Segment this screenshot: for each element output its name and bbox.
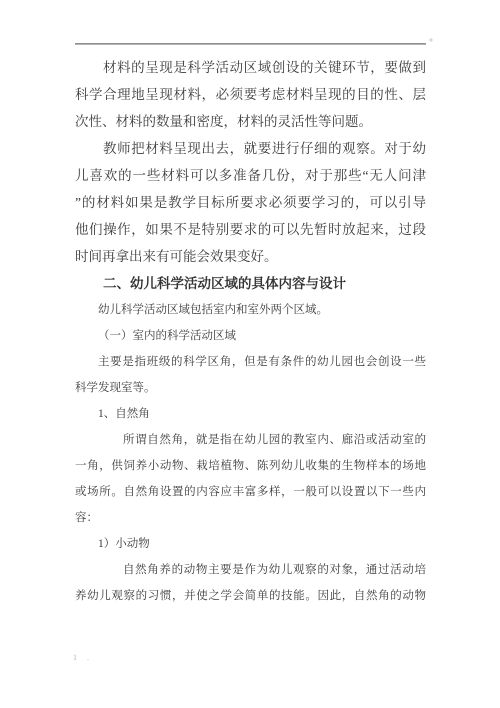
paragraph-line: 或场所。自然角设置的内容应丰富多样，一般可以设置以下一些内 bbox=[75, 479, 426, 505]
page-footer-mark: 1 . bbox=[73, 653, 93, 662]
list-heading-nature-corner: 1、自然角 bbox=[75, 401, 426, 427]
paragraph-line: 幼儿科学活动区域包括室内和室外两个区域。 bbox=[75, 297, 426, 323]
list-heading-small-animals: 1）小动物 bbox=[75, 531, 426, 557]
paragraph-line: 主要是指班级的科学区角，但是有条件的幼儿园也会创设一些 bbox=[75, 349, 426, 375]
paragraph-line: 时间再拿出来有可能会效果变好。 bbox=[75, 243, 426, 270]
paragraph-line: 所谓自然角，就是指在幼儿园的教室内、廊沿或活动室的 bbox=[75, 427, 426, 453]
paragraph-line: 自然角养的动物主要是作为幼儿观察的对象，通过活动培 bbox=[75, 557, 426, 583]
paragraph-line: 次性、材料的数量和密度，材料的灵活性等问题。 bbox=[75, 108, 426, 135]
document-page: 材料的呈现是科学活动区域创设的关键环节，要做到 科学合理地呈现材料，必须要考虑材… bbox=[0, 0, 500, 708]
paragraph-line: 他们操作，如果不是特别要求的可以先暂时放起来，过段 bbox=[75, 216, 426, 243]
subsection-heading: （一）室内的科学活动区域 bbox=[75, 323, 426, 349]
paragraph-line: 一角，供饲养小动物、栽培植物、陈列幼儿收集的生物样本的场地 bbox=[75, 453, 426, 479]
paragraph-line: 养幼儿观察的习惯，并使之学会简单的技能。因此，自然角的动物 bbox=[75, 583, 426, 609]
paragraph-line: 容： bbox=[75, 505, 426, 531]
paragraph-line: ”的材料如果是教学目标所要求必须要学习的，可以引导 bbox=[75, 189, 426, 216]
section-heading: 二、幼儿科学活动区域的具体内容与设计 bbox=[75, 270, 426, 297]
paragraph-line: 科学发现室等。 bbox=[75, 375, 426, 401]
paragraph-line: 儿喜欢的一些材料可以多准备几份，对于那些“无人问津 bbox=[75, 162, 426, 189]
paragraph-line: 科学合理地呈现材料，必须要考虑材料呈现的目的性、层 bbox=[75, 81, 426, 108]
document-body: 材料的呈现是科学活动区域创设的关键环节，要做到 科学合理地呈现材料，必须要考虑材… bbox=[75, 54, 426, 609]
header-rule bbox=[75, 43, 426, 45]
paragraph-line: 教师把材料呈现出去，就要进行仔细的观察。对于幼 bbox=[75, 135, 426, 162]
scan-artifact-mark bbox=[429, 38, 433, 42]
paragraph-line: 材料的呈现是科学活动区域创设的关键环节，要做到 bbox=[75, 54, 426, 81]
